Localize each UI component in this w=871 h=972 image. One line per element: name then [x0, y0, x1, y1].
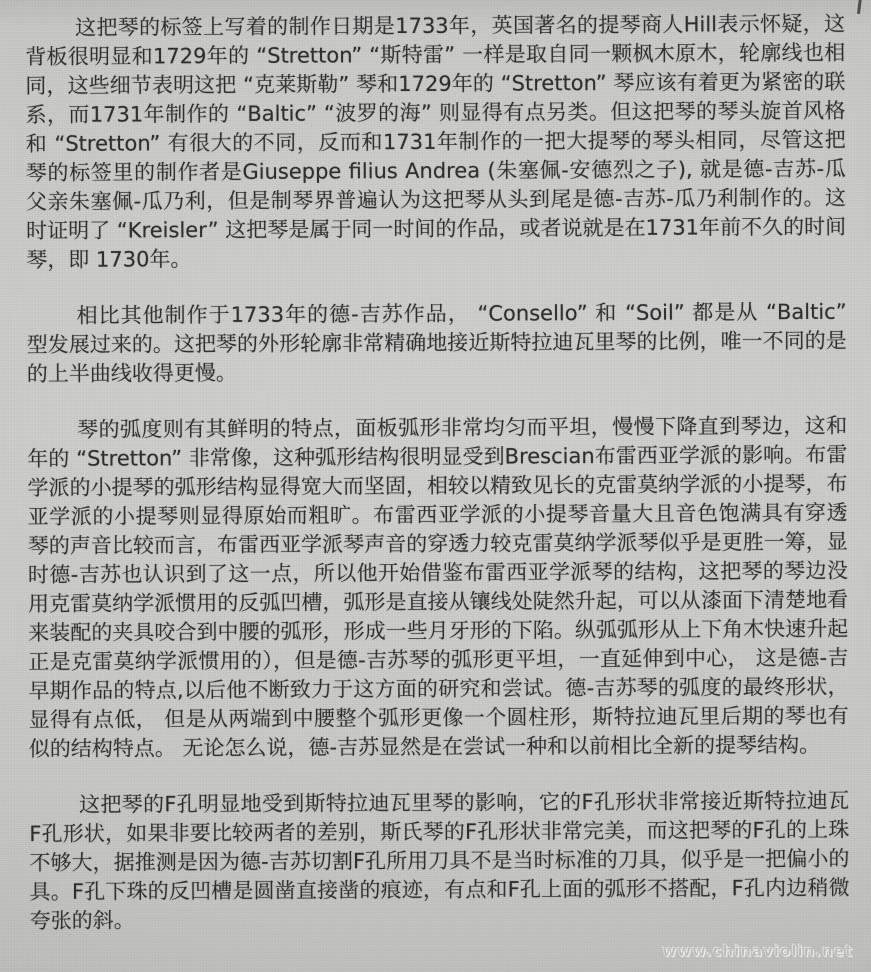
text-line: 和 “Stretton” 有很大的不同，反而和1731年制作的一把大提琴的琴头相…	[26, 126, 846, 159]
paragraph-f-holes: 这把琴的F孔明显地受到斯特拉迪瓦里琴的影响，它的F孔形状非常接近斯特拉迪瓦里琴的…	[29, 787, 850, 936]
paragraph-arching: 琴的弧度则有其鲜明的特点，面板弧形非常均匀而平坦，慢慢下降直到琴边，这和1729…	[27, 412, 849, 764]
text-line: 父亲朱塞佩-瓜乃利，但是制琴界普遍认为这把琴从头到尾是德-吉苏-瓜乃利制作的。这…	[26, 184, 846, 217]
text-line: 时德-吉苏也认识到了这一点，所以他开始借鉴布雷西亚学派琴的结构，这把琴的琴边没有…	[28, 557, 848, 590]
text-line: 这把琴的标签上写着的制作日期是1733年，英国著名的提琴商人Hill表示怀疑，这…	[25, 10, 845, 43]
text-line: 琴的标签里的制作者是Giuseppe filius Andrea (朱塞佩-安德…	[26, 155, 846, 188]
text-line: 型发展过来的。这把琴的外形轮廓非常精确地接近斯特拉迪瓦里琴的比例，唯一不同的是C…	[27, 327, 847, 360]
text-line: 夸张的斜。	[30, 903, 850, 936]
text-line: 似的结构特点。 无论怎么说，德-吉苏显然是在尝试一种和以前相比全新的提琴结构。	[29, 731, 849, 764]
text-line: 正是克雷莫纳学派惯用的），但是德-吉苏琴的弧形更平坦，一直延伸到中心， 这是德-…	[28, 644, 848, 677]
text-line: 用克雷莫纳学派惯用的反弧凹槽，弧形是直接从镶线处陡然升起，可以从漆面下清楚地看到…	[28, 586, 848, 619]
text-line: 不够大，据推测是因为德-吉苏切割F孔所用刀具不是当时标准的刀具，似乎是一把偏小的…	[29, 845, 849, 878]
text-line: 琴的弧度则有其鲜明的特点，面板弧形非常均匀而平坦，慢慢下降直到琴边，这和1729	[27, 412, 847, 445]
text-line: 同，这些细节表明这把 “克莱斯勒” 琴和1729年的 “Stretton” 琴应…	[25, 68, 845, 101]
paragraph-label-date: 这把琴的标签上写着的制作日期是1733年，英国著名的提琴商人Hill表示怀疑，这…	[25, 10, 846, 275]
text-line: 显得有点低， 但是从两端到中腰整个弧形更像一个圆柱形，斯特拉迪瓦里后期的琴也有此…	[29, 702, 849, 735]
photo-edge-artifact	[857, 0, 862, 14]
text-line: 来装配的夹具咬合到中腰的弧形，形成一些月牙形的下陷。纵弧弧形从上下角木快速升起（…	[28, 615, 848, 648]
text-line: 这把琴的F孔明显地受到斯特拉迪瓦里琴的影响，它的F孔形状非常接近斯特拉迪瓦里琴的	[29, 787, 849, 820]
document-text-block: 这把琴的标签上写着的制作日期是1733年，英国著名的提琴商人Hill表示怀疑，这…	[25, 10, 850, 936]
text-line: 早期作品的特点,以后他不断致力于这方面的研究和尝试。德-吉苏琴的弧度的最终形状，…	[28, 673, 848, 706]
watermark-text: www.chinaviolin.net	[662, 942, 853, 960]
text-line: 亚学派的小提琴则显得原始而粗旷。布雷西亚学派的小提琴音量大且音色饱满具有穿透力，…	[28, 499, 848, 532]
text-line: 相比其他制作于1733年的德-吉苏作品， “Consello” 和 “Soil”…	[27, 298, 847, 331]
text-line: 的上半曲线收得更慢。	[27, 356, 847, 389]
text-line: 学派的小提琴的弧形结构显得宽大而坚固，相较以精致见长的克雷莫纳学派的小提琴，布雷…	[27, 470, 847, 503]
text-line: 年的 “Stretton” 非常像，这种弧形结构很明显受到Brescian布雷西…	[27, 441, 847, 474]
scanned-document-page: 这把琴的标签上写着的制作日期是1733年，英国著名的提琴商人Hill表示怀疑，这…	[0, 0, 871, 972]
text-line: F孔形状，如果非要比较两者的差别，斯氏琴的F孔形状非常完美，而这把琴的F孔的上珠…	[29, 816, 849, 849]
text-line: 具。F孔下珠的反凹槽是圆凿直接凿的痕迹，有点和F孔上面的弧形不搭配，F孔内边稍微…	[30, 874, 850, 907]
text-line: 琴的声音比较而言，布雷西亚学派琴声音的穿透力较克雷莫纳学派琴似乎是更胜一筹，显然…	[28, 528, 848, 561]
text-line: 系，而1731年制作的 “Baltic” “波罗的海” 则显得有点另类。但这把琴…	[25, 97, 845, 130]
text-line: 背板很明显和1729年的 “Stretton” “斯特雷” 一样是取自同一颗枫木…	[25, 39, 845, 72]
paragraph-outline-comparison: 相比其他制作于1733年的德-吉苏作品， “Consello” 和 “Soil”…	[27, 298, 847, 389]
text-line: 琴，即 1730年。	[26, 242, 846, 275]
text-line: 时证明了 “Kreisler” 这把琴是属于同一时间的作品，或者说就是在1731…	[26, 213, 846, 246]
